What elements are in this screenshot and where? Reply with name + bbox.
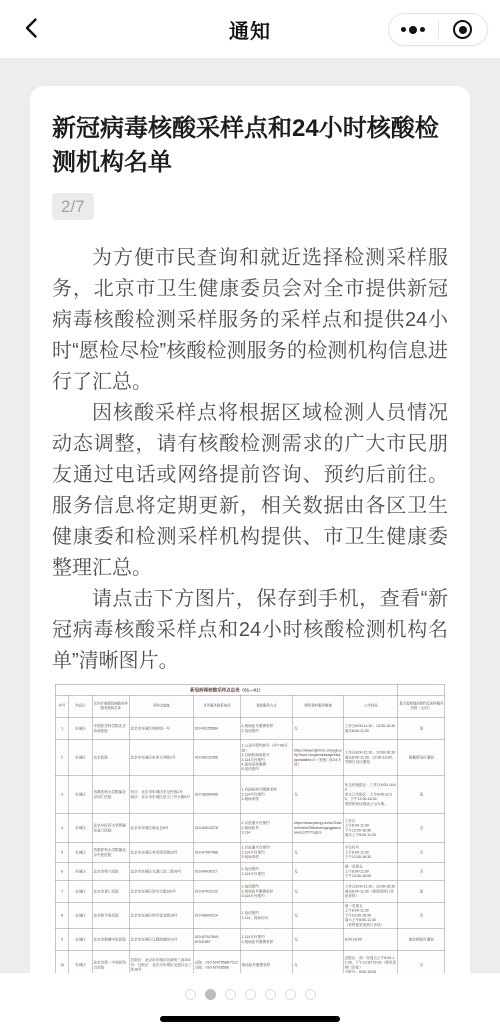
page-title: 通知	[229, 15, 271, 44]
table-cell: 010-64036117	[194, 862, 241, 880]
miniprogram-capsule	[388, 13, 488, 46]
table-cell: 否	[398, 842, 445, 862]
page-dot-active[interactable]	[205, 989, 216, 1000]
scan-col-header: 工作时间	[343, 695, 398, 717]
scan-col-header: 采样点地址	[129, 695, 193, 717]
table-cell: 北京市东城区帅府园一号	[129, 717, 193, 739]
footer-bar	[0, 973, 500, 1030]
table-cell: 1.京医通平台预约 2.现场挂号 3.114	[240, 813, 293, 842]
table-cell: 工作日8:00-11:30、13:30-16:30 周末8:00-11:30（需…	[343, 880, 398, 902]
table-cell: 1.京医通平台预约 2.114平台预约 3.现场采样	[240, 842, 293, 862]
table-cell: 北京市东城区和平里北街18号	[129, 902, 193, 928]
table-cell: 东交民巷院区：工作日8:00-16:00 崇文门外院区：上午8:00-11:30…	[343, 775, 398, 813]
page-dot[interactable]	[185, 989, 196, 1000]
table-cell: 平台挂号 上午8:00-11:30 下午13:30-16:30	[343, 842, 398, 862]
article-title: 新冠病毒核酸采样点和24小时核酸检测机构名单	[52, 112, 448, 180]
table-cell: 是	[398, 775, 445, 813]
table-cell: https://www.jdmqy.cn/wxChannel/view/25fw…	[293, 813, 344, 842]
table-cell: 无	[293, 880, 344, 902]
page-indicator-badge: 2/7	[52, 193, 94, 220]
page-dot[interactable]	[245, 989, 256, 1000]
back-button[interactable]	[14, 11, 50, 47]
scan-col-header: 所在区	[69, 695, 92, 717]
table-cell: 1.电话预约 2.现场挂号缴费采样 3.114平台预约	[240, 880, 293, 902]
scan-table-title-row: 新冠病毒核酸采样点总表（01—01）	[55, 684, 445, 695]
table-cell: 东城区	[69, 928, 92, 950]
home-indicator	[160, 1016, 340, 1022]
table-cell: 北京市东城区东单大华路1号	[129, 739, 193, 775]
scan-table-header-row: 序号所在区区内开展便民核酸采样服务机构名单采样点地址对外服务联系电话提供服务方式…	[55, 695, 445, 717]
table-cell: 中国医学科学院北京协和医院	[92, 717, 129, 739]
table-cell: 1.电话预约 2.114平台预约	[240, 862, 293, 880]
table-cell: 010-67012122	[194, 880, 241, 902]
table-row: 6东城区北京市第六医院北京市东城区交道口北二条36号010-640361171.…	[55, 862, 445, 880]
table-row: 1东城区中国医学科学院北京协和医院北京市东城区帅府园一号010-69155564…	[55, 717, 445, 739]
table-cell: 东城区	[69, 717, 92, 739]
table-cell: 东城区	[69, 739, 92, 775]
table-cell: 010-58269496	[194, 775, 241, 813]
table-cell: 工作日8:00-11:30、13:30-16:30 周末8:00-11:30	[343, 717, 398, 739]
table-cell: 北京市东城区美术馆后街23号	[129, 842, 193, 862]
table-cell: 根据情况可通知	[398, 739, 445, 775]
table-cell: 东区：北京市东城区东交民巷1号 西区：北京市东城区崇文门外大街8号	[129, 775, 193, 813]
table-cell: 是	[398, 717, 445, 739]
page-dot[interactable]	[285, 989, 296, 1000]
table-cell: 无	[293, 902, 344, 928]
chevron-left-icon	[21, 17, 43, 42]
table-cell: 北京市第六医院	[92, 862, 129, 880]
table-cell: 东城区	[69, 813, 92, 842]
table-cell: 1.公众号预约挂号（早7:00开始） 2.自助机现场挂号 3.114平台预约 4…	[240, 739, 293, 775]
ellipsis-icon	[401, 26, 425, 34]
notice-card: 新冠病毒核酸采样点和24小时核酸检测机构名单 2/7 为方便市民查询和就近选择检…	[30, 86, 470, 1030]
table-cell: 无	[293, 928, 344, 950]
table-row: 2东城区北京医院北京市东城区东单大华路1号010-851322661.公众号预约…	[55, 739, 445, 775]
table-row: 3东城区首都医科大学附属北京同仁医院东区：北京市东城区东交民巷1号 西区：北京市…	[55, 775, 445, 813]
table-cell: 8:00-16:00	[343, 928, 398, 950]
table-cell: 5	[55, 842, 69, 862]
scan-col-header: 是否需要提前预约及采样服务价格（元/次）	[398, 695, 445, 717]
table-row: 8东城区北京和平里医院北京市东城区和平里北街18号010-580432191.电…	[55, 902, 445, 928]
table-cell: 首都医科大学附属北京中医医院	[92, 842, 129, 862]
scan-col-header: 对外服务联系电话	[194, 695, 241, 717]
scan-table-title: 新冠病毒核酸采样点总表（01—01）	[55, 684, 398, 695]
table-cell: 就诊期间可通知	[398, 928, 445, 950]
table-cell: 东城区	[69, 880, 92, 902]
table-cell: 首都医科大学附属北京同仁医院	[92, 775, 129, 813]
scan-col-header: 序号	[55, 695, 69, 717]
table-cell: 010-69155564	[194, 717, 241, 739]
table-cell: 否	[398, 902, 445, 928]
table-cell: https://www.bjhmoh.cn/yygh.php?from=sing…	[293, 739, 344, 775]
page-dot[interactable]	[225, 989, 236, 1000]
table-cell: 周一至周五 上午8:00-11:30 下午13:30-16:30 周六上午8:0…	[343, 902, 398, 928]
table-cell: 无	[293, 775, 344, 813]
table-cell: 1	[55, 717, 69, 739]
table-cell: 否	[398, 813, 445, 842]
table-cell: 东城区	[69, 842, 92, 862]
table-cell: 东城区	[69, 902, 92, 928]
table-cell: 010-85132266	[194, 739, 241, 775]
table-cell: 1.电话预约 2.114、现场均可	[240, 902, 293, 928]
article-paragraph: 因核酸采样点将根据区域检测人员情况动态调整，请有核酸检测需求的广大市民朋友通过电…	[52, 398, 448, 584]
article-paragraph: 为方便市民查询和就近选择检测采样服务，北京市卫生健康委员会对全市提供新冠病毒核酸…	[52, 243, 448, 398]
table-cell: 8	[55, 902, 69, 928]
table-cell: 北京中医药大学附属东直门医院	[92, 813, 129, 842]
table-cell: 6	[55, 862, 69, 880]
table-row: 4东城区北京中医药大学附属东直门医院北京市东城区海运仓5号010-8401327…	[55, 813, 445, 842]
table-cell: 7	[55, 880, 69, 902]
article-paragraph: 请点击下方图片，保存到手机，查看“新冠病毒核酸采样点和24小时核酸检测机构名单”…	[52, 584, 448, 677]
table-cell: 1.自助机挂号缴费采样 2.114平台预约 3.现场采样	[240, 775, 293, 813]
circle-dot-icon	[453, 20, 472, 39]
capsule-home-button[interactable]	[439, 14, 488, 45]
table-row: 9东城区北京市鼓楼中医医院北京市东城区豆腐池胡同13号010-87047805、…	[55, 928, 445, 950]
article-body: 为方便市民查询和就近选择检测采样服务，北京市卫生健康委员会对全市提供新冠病毒核酸…	[52, 243, 448, 677]
table-cell: 北京市东城区海运仓5号	[129, 813, 193, 842]
table-cell: 北京市鼓楼中医医院	[92, 928, 129, 950]
table-cell: 工作日8:00-11:30、13:00-16:30 周末8:00-11:30、1…	[343, 739, 398, 775]
table-cell: 4	[55, 813, 69, 842]
table-cell: 010-87907466	[194, 842, 241, 862]
table-cell: 1.现场挂号缴费采样 2.电话预约	[240, 717, 293, 739]
table-cell: 9	[55, 928, 69, 950]
table-row: 5东城区首都医科大学附属北京中医医院北京市东城区美术馆后街23号010-8790…	[55, 842, 445, 862]
table-cell: 010-58043219	[194, 902, 241, 928]
table-row: 7东城区北京市普仁医院北京市东城区崇外大街100号010-670121221.电…	[55, 880, 445, 902]
table-cell: 北京市东城区崇外大街100号	[129, 880, 193, 902]
scan-col-header: 提供服务方式	[240, 695, 293, 717]
table-cell: 否	[398, 862, 445, 880]
table-cell: 东城区	[69, 775, 92, 813]
table-cell: 是	[398, 880, 445, 902]
page-dot[interactable]	[305, 989, 316, 1000]
table-cell: 3	[55, 775, 69, 813]
scan-col-header: 区内开展便民核酸采样服务机构名单	[92, 695, 129, 717]
page-dots	[0, 989, 500, 1000]
table-cell: 010-84013276	[194, 813, 241, 842]
table-cell: 010-87047805、 87047857	[194, 928, 241, 950]
table-cell: 无	[293, 717, 344, 739]
table-cell: 北京市东城区豆腐池胡同13号	[129, 928, 193, 950]
table-cell: 周一至周五 上午8:00-11:00 下午13:30-16:00	[343, 862, 398, 880]
table-cell: 北京市东城区交道口北二条36号	[129, 862, 193, 880]
table-cell: 北京和平里医院	[92, 902, 129, 928]
nav-bar: 通知	[0, 0, 500, 58]
table-cell: 1.114平台预约 2.现场挂号缴费采样	[240, 928, 293, 950]
table-cell: 2	[55, 739, 69, 775]
more-button[interactable]	[389, 14, 438, 45]
table-cell: 无	[293, 842, 344, 862]
table-cell: 北京市普仁医院	[92, 880, 129, 902]
table-cell: 无	[293, 862, 344, 880]
table-cell: 东城区	[69, 862, 92, 880]
table-cell: 工作日 上午8:00-11:30 下午13:00-16:30 周末上午8:00-…	[343, 813, 398, 842]
page-dot[interactable]	[265, 989, 276, 1000]
table-cell: 北京医院	[92, 739, 129, 775]
scan-col-header: 网络预约服务链接	[293, 695, 344, 717]
